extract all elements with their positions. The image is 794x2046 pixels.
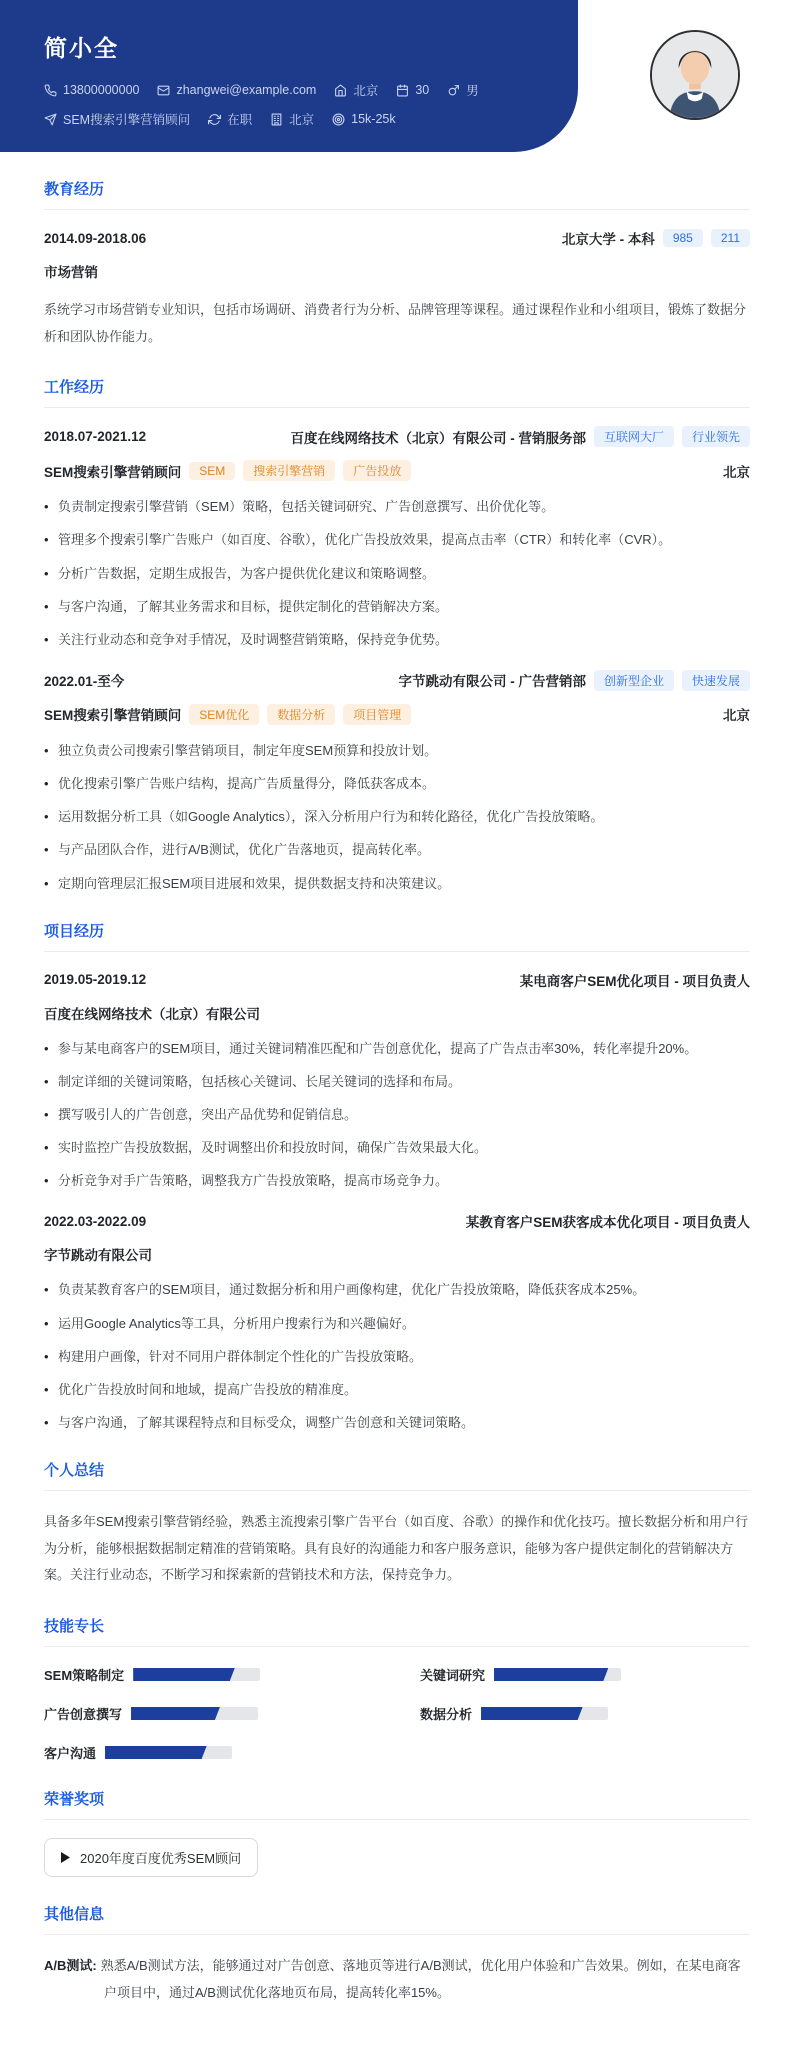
work-bullet: 与产品团队合作，进行A/B测试，优化广告落地页，提高转化率。: [44, 840, 750, 860]
education-header-row: 2014.09-2018.06 北京大学 - 本科 985 211: [44, 228, 750, 248]
skills-grid: SEM策略制定 关键词研究 广告创意撰写 数据分析 客户沟通: [44, 1665, 750, 1762]
work-bullet: 独立负责公司搜索引擎营销项目，制定年度SEM预算和投放计划。: [44, 741, 750, 761]
work-bullet: 定期向管理层汇报SEM项目进展和效果，提供数据支持和决策建议。: [44, 874, 750, 894]
work-role-row: SEM搜索引擎营销顾问 SEM优化 数据分析 项目管理 北京: [44, 704, 750, 725]
company-tag: 互联网大厂: [594, 426, 674, 447]
skill-bar-track: [494, 1668, 621, 1681]
mail-icon: [157, 84, 170, 97]
skill-bar-fill: [105, 1746, 207, 1759]
work-role-row: SEM搜索引擎营销顾问 SEM 搜索引擎营销 广告投放 北京: [44, 460, 750, 481]
work-location: 北京: [723, 704, 750, 724]
home-icon: [334, 84, 347, 97]
skill-bar-fill: [494, 1668, 608, 1681]
work-role: SEM搜索引擎营销顾问: [44, 461, 181, 481]
work-company-group: 百度在线网络技术（北京）有限公司 - 营销服务部 互联网大厂 行业领先: [290, 426, 750, 447]
role-tag: 项目管理: [343, 704, 411, 725]
work-bullet: 运用数据分析工具（如Google Analytics），深入分析用户行为和转化路…: [44, 807, 750, 827]
education-description: 系统学习市场营销专业知识，包括市场调研、消费者行为分析、品牌管理等课程。通过课程…: [44, 297, 750, 350]
age-value: 30: [415, 83, 429, 97]
education-major: 市场营销: [44, 261, 750, 281]
gender-item: 男: [447, 81, 479, 99]
education-badge-985: 985: [663, 229, 703, 247]
education-date: 2014.09-2018.06: [44, 231, 146, 246]
contact-row-2: SEM搜索引擎营销顾问 在职 北京 15k-25k: [44, 110, 578, 128]
education-badge-211: 211: [711, 229, 750, 247]
project-name: 某教育客户SEM获客成本优化项目 - 项目负责人: [466, 1211, 750, 1231]
calendar-icon: [396, 84, 409, 97]
work-bullet-list: 负责制定搜索引擎营销（SEM）策略，包括关键词研究、广告创意撰写、出价优化等。 …: [44, 497, 750, 650]
project-bullet: 与客户沟通，了解其课程特点和目标受众，调整广告创意和关键词策略。: [44, 1413, 750, 1433]
work-bullet: 分析广告数据，定期生成报告，为客户提供优化建议和策略调整。: [44, 564, 750, 584]
work-company: 字节跳动有限公司 - 广告营销部: [398, 670, 586, 690]
other-info: A/B测试:熟悉A/B测试方法，能够通过对广告创意、落地页等进行A/B测试，优化…: [44, 1953, 750, 2006]
work-date: 2018.07-2021.12: [44, 429, 146, 444]
skill-bar-track: [131, 1707, 258, 1720]
skill-bar-track: [133, 1668, 260, 1681]
role-tag: SEM: [189, 462, 235, 480]
section-title-summary: 个人总结: [44, 1459, 750, 1491]
email-value: zhangwei@example.com: [176, 83, 316, 97]
skill-bar-track: [481, 1707, 608, 1720]
section-title-honors: 荣誉奖项: [44, 1788, 750, 1820]
building-icon: [270, 113, 283, 126]
resume-page: 简小全 13800000000 zhangwei@example.com 北京 …: [0, 0, 794, 2046]
company-tag: 创新型企业: [594, 670, 674, 691]
honor-text: 2020年度百度优秀SEM顾问: [80, 1848, 241, 1867]
job-intention-item: SEM搜索引擎营销顾问: [44, 110, 190, 128]
section-work: 工作经历 2018.07-2021.12 百度在线网络技术（北京）有限公司 - …: [44, 376, 750, 893]
phone-item: 13800000000: [44, 83, 139, 97]
skill-item: 客户沟通: [44, 1743, 374, 1762]
education-school: 北京大学 - 本科: [562, 228, 655, 248]
section-other: 其他信息 A/B测试:熟悉A/B测试方法，能够通过对广告创意、落地页等进行A/B…: [44, 1903, 750, 2006]
work-company-group: 字节跳动有限公司 - 广告营销部 创新型企业 快速发展: [398, 670, 750, 691]
project-entry: 2022.03-2022.09 某教育客户SEM获客成本优化项目 - 项目负责人…: [44, 1211, 750, 1433]
resume-body: 教育经历 2014.09-2018.06 北京大学 - 本科 985 211 市…: [0, 178, 794, 2046]
company-tag: 行业领先: [682, 426, 750, 447]
city-value: 北京: [353, 81, 378, 99]
project-bullet: 分析竞争对手广告策略，调整我方广告投放策略，提高市场竞争力。: [44, 1171, 750, 1191]
role-tag: 广告投放: [343, 460, 411, 481]
section-title-skills: 技能专长: [44, 1615, 750, 1647]
salary-value: 15k-25k: [351, 112, 395, 126]
contact-row-1: 13800000000 zhangwei@example.com 北京 30 男: [44, 81, 578, 99]
project-bullet: 制定详细的关键词策略，包括核心关键词、长尾关键词的选择和布局。: [44, 1072, 750, 1092]
avatar-photo: [652, 32, 738, 118]
resume-header: 简小全 13800000000 zhangwei@example.com 北京 …: [0, 0, 794, 152]
work-bullet: 负责制定搜索引擎营销（SEM）策略，包括关键词研究、广告创意撰写、出价优化等。: [44, 497, 750, 517]
project-bullet: 实时监控广告投放数据，及时调整出价和投放时间，确保广告效果最大化。: [44, 1138, 750, 1158]
section-summary: 个人总结 具备多年SEM搜索引擎营销经验，熟悉主流搜索引擎广告平台（如百度、谷歌…: [44, 1459, 750, 1589]
header-panel: 简小全 13800000000 zhangwei@example.com 北京 …: [0, 0, 578, 152]
job-status-item: 在职: [208, 110, 252, 128]
role-tag: SEM优化: [189, 704, 259, 725]
project-date: 2019.05-2019.12: [44, 972, 146, 987]
section-honors: 荣誉奖项 2020年度百度优秀SEM顾问: [44, 1788, 750, 1877]
education-school-group: 北京大学 - 本科 985 211: [562, 228, 750, 248]
skill-item: 广告创意撰写: [44, 1704, 374, 1723]
skill-item: 数据分析: [420, 1704, 750, 1723]
project-date: 2022.03-2022.09: [44, 1214, 146, 1229]
section-skills: 技能专长 SEM策略制定 关键词研究 广告创意撰写 数据分析: [44, 1615, 750, 1762]
work-entry: 2022.01-至今 字节跳动有限公司 - 广告营销部 创新型企业 快速发展 S…: [44, 670, 750, 894]
work-location: 北京: [723, 461, 750, 481]
skill-bar-fill: [131, 1707, 220, 1720]
project-company: 字节跳动有限公司: [44, 1244, 750, 1264]
gender-icon: [447, 84, 460, 97]
project-bullet: 负责某教育客户的SEM项目，通过数据分析和用户画像构建，优化广告投放策略，降低获…: [44, 1280, 750, 1300]
job-intention-value: SEM搜索引擎营销顾问: [63, 110, 190, 128]
phone-icon: [44, 84, 57, 97]
section-education: 教育经历 2014.09-2018.06 北京大学 - 本科 985 211 市…: [44, 178, 750, 350]
skill-item: SEM策略制定: [44, 1665, 374, 1684]
summary-text: 具备多年SEM搜索引擎营销经验，熟悉主流搜索引擎广告平台（如百度、谷歌）的操作和…: [44, 1509, 750, 1589]
job-status-value: 在职: [227, 110, 252, 128]
work-company-row: 2022.01-至今 字节跳动有限公司 - 广告营销部 创新型企业 快速发展: [44, 670, 750, 691]
phone-value: 13800000000: [63, 83, 139, 97]
salary-icon: [332, 113, 345, 126]
project-bullet: 参与某电商客户的SEM项目，通过关键词精准匹配和广告创意优化，提高了广告点击率3…: [44, 1039, 750, 1059]
other-text: 熟悉A/B测试方法，能够通过对广告创意、落地页等进行A/B测试，优化用户体验和广…: [101, 1958, 741, 2000]
project-header-row: 2022.03-2022.09 某教育客户SEM获客成本优化项目 - 项目负责人: [44, 1211, 750, 1231]
project-bullet: 优化广告投放时间和地域，提高广告投放的精准度。: [44, 1380, 750, 1400]
work-entry: 2018.07-2021.12 百度在线网络技术（北京）有限公司 - 营销服务部…: [44, 426, 750, 650]
status-icon: [208, 113, 221, 126]
work-bullet: 关注行业动态和竞争对手情况，及时调整营销策略，保持竞争优势。: [44, 630, 750, 650]
project-entry: 2019.05-2019.12 某电商客户SEM优化项目 - 项目负责人 百度在…: [44, 970, 750, 1192]
work-bullet: 与客户沟通，了解其业务需求和目标，提供定制化的营销解决方案。: [44, 597, 750, 617]
skill-bar-fill: [481, 1707, 583, 1720]
other-label: A/B测试:: [44, 1958, 97, 1973]
role-tag: 搜索引擎营销: [243, 460, 335, 481]
skill-bar-track: [105, 1746, 232, 1759]
project-bullet-list: 负责某教育客户的SEM项目，通过数据分析和用户画像构建，优化广告投放策略，降低获…: [44, 1280, 750, 1433]
project-bullet: 构建用户画像，针对不同用户群体制定个性化的广告投放策略。: [44, 1347, 750, 1367]
section-projects: 项目经历 2019.05-2019.12 某电商客户SEM优化项目 - 项目负责…: [44, 920, 750, 1433]
work-city-item: 北京: [270, 110, 314, 128]
section-title-education: 教育经历: [44, 178, 750, 210]
work-date: 2022.01-至今: [44, 670, 124, 690]
section-title-work: 工作经历: [44, 376, 750, 408]
project-header-row: 2019.05-2019.12 某电商客户SEM优化项目 - 项目负责人: [44, 970, 750, 990]
skill-label: 广告创意撰写: [44, 1704, 122, 1723]
work-role-group: SEM搜索引擎营销顾问 SEM 搜索引擎营销 广告投放: [44, 460, 411, 481]
role-tag: 数据分析: [267, 704, 335, 725]
project-company: 百度在线网络技术（北京）有限公司: [44, 1003, 750, 1023]
work-company-row: 2018.07-2021.12 百度在线网络技术（北京）有限公司 - 营销服务部…: [44, 426, 750, 447]
skill-label: 客户沟通: [44, 1743, 96, 1762]
project-bullet: 撰写吸引人的广告创意，突出产品优势和促销信息。: [44, 1105, 750, 1125]
work-role-group: SEM搜索引擎营销顾问 SEM优化 数据分析 项目管理: [44, 704, 411, 725]
honor-item[interactable]: 2020年度百度优秀SEM顾问: [44, 1838, 258, 1877]
send-icon: [44, 113, 57, 126]
project-name: 某电商客户SEM优化项目 - 项目负责人: [520, 970, 750, 990]
skill-label: SEM策略制定: [44, 1665, 124, 1684]
avatar: [650, 30, 740, 120]
work-bullet-list: 独立负责公司搜索引擎营销项目，制定年度SEM预算和投放计划。 优化搜索引擎广告账…: [44, 741, 750, 894]
work-city-value: 北京: [289, 110, 314, 128]
work-company: 百度在线网络技术（北京）有限公司 - 营销服务部: [290, 427, 586, 447]
section-title-projects: 项目经历: [44, 920, 750, 952]
project-bullet-list: 参与某电商客户的SEM项目，通过关键词精准匹配和广告创意优化，提高了广告点击率3…: [44, 1039, 750, 1192]
project-bullet: 运用Google Analytics等工具，分析用户搜索行为和兴趣偏好。: [44, 1314, 750, 1334]
work-bullet: 管理多个搜索引擎广告账户（如百度、谷歌），优化广告投放效果，提高点击率（CTR）…: [44, 530, 750, 550]
work-role: SEM搜索引擎营销顾问: [44, 704, 181, 724]
age-item: 30: [396, 83, 429, 97]
skill-bar-fill: [133, 1668, 235, 1681]
section-title-other: 其他信息: [44, 1903, 750, 1935]
skill-label: 数据分析: [420, 1704, 472, 1723]
email-item: zhangwei@example.com: [157, 83, 316, 97]
candidate-name: 简小全: [44, 30, 578, 63]
skill-label: 关键词研究: [420, 1665, 485, 1684]
work-bullet: 优化搜索引擎广告账户结构，提高广告质量得分，降低获客成本。: [44, 774, 750, 794]
play-icon: [61, 1852, 70, 1863]
city-item: 北京: [334, 81, 378, 99]
gender-value: 男: [466, 81, 479, 99]
salary-item: 15k-25k: [332, 112, 395, 126]
skill-item: 关键词研究: [420, 1665, 750, 1684]
company-tag: 快速发展: [682, 670, 750, 691]
